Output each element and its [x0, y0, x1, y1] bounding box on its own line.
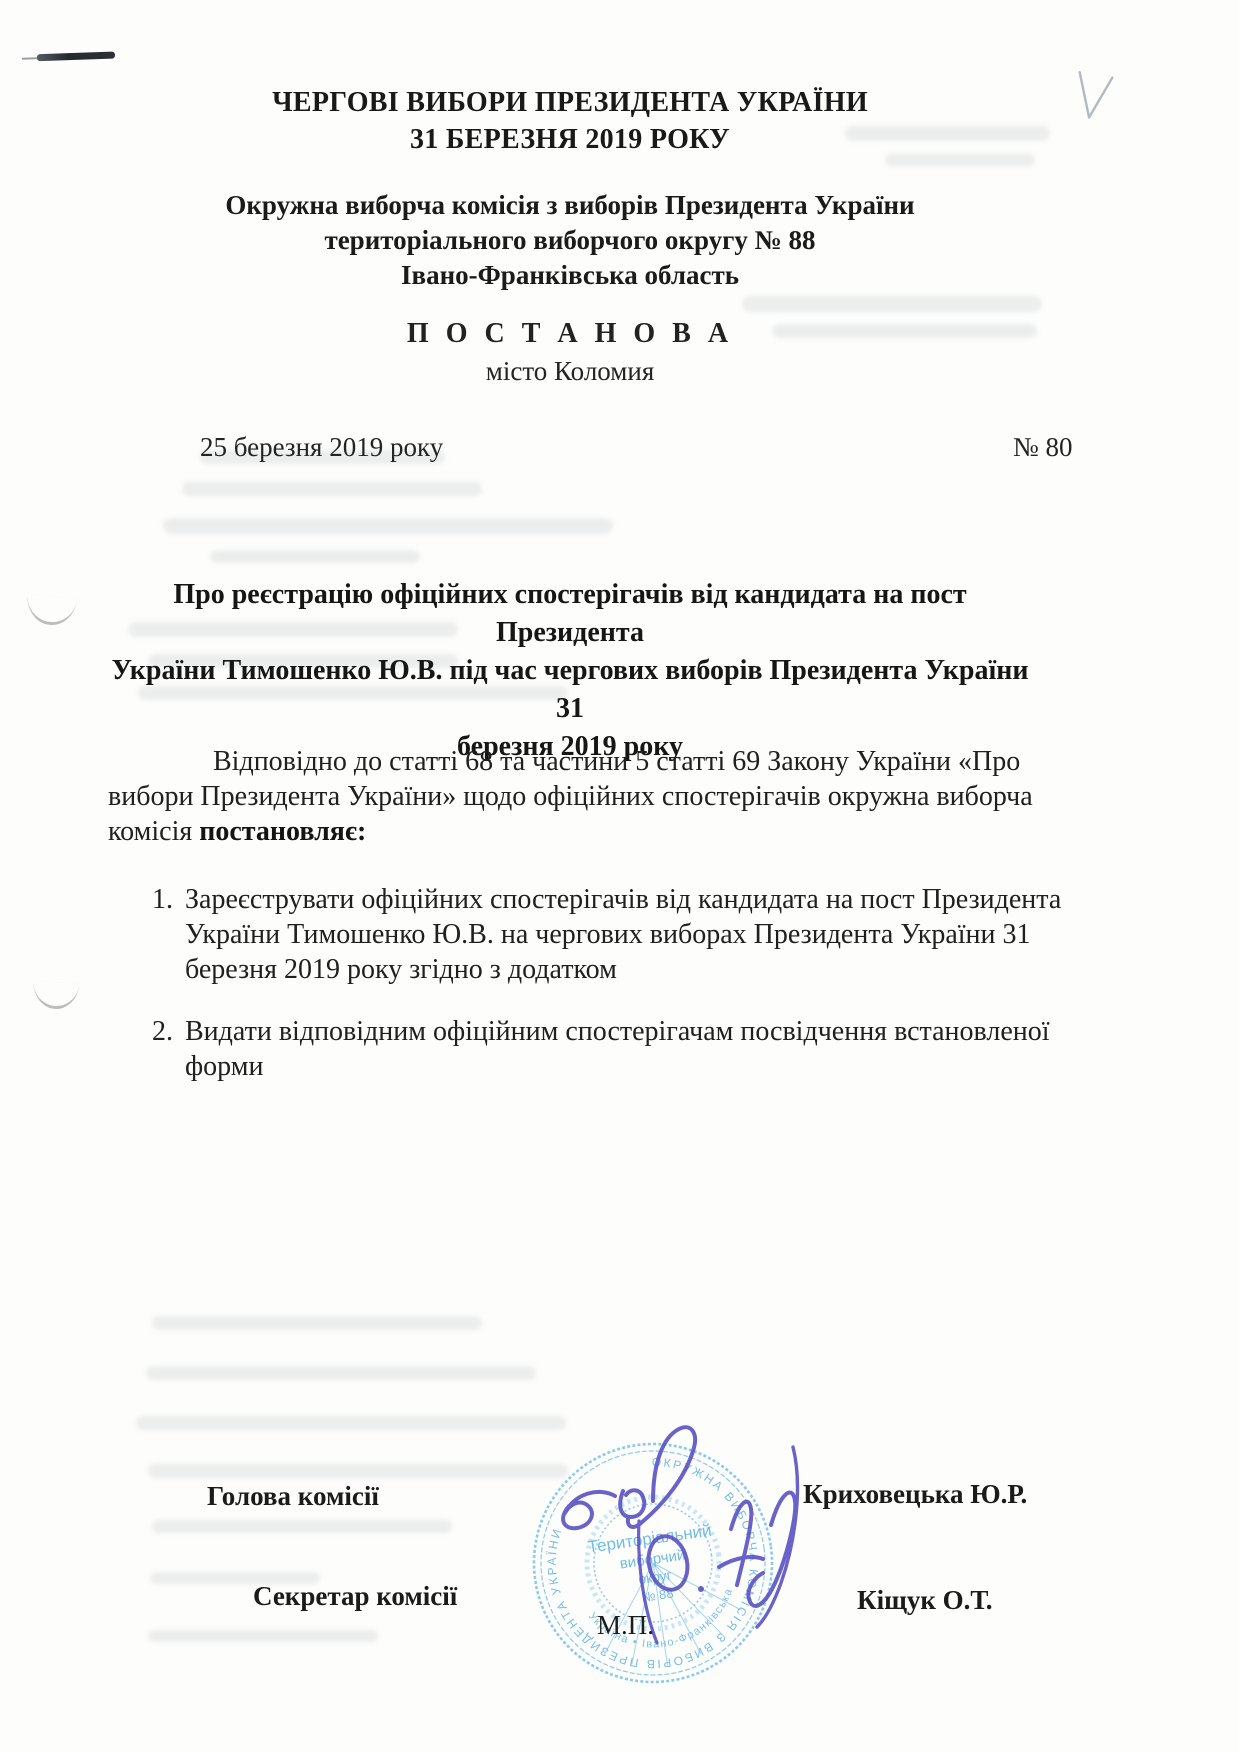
commission-line2: територіального виборчого округу № 88: [0, 223, 1140, 258]
head-name: Криховецька Ю.Р.: [803, 1479, 1027, 1510]
commission-heading: Окружна виборча комісія з виборів Презид…: [0, 188, 1140, 293]
document-page: ЧЕРГОВІ ВИБОРИ ПРЕЗИДЕНТА УКРАЇНИ 31 БЕР…: [0, 0, 1239, 1752]
bleed-artifact: [136, 1416, 566, 1430]
resolution-label: П О С Т А Н О В А: [0, 318, 1140, 350]
secretary-role-label: Секретар комісії: [253, 1581, 457, 1612]
document-number: № 80: [1013, 432, 1073, 463]
commission-line3: Івано-Франківська область: [0, 258, 1140, 293]
document-date: 25 березня 2019 року: [200, 432, 443, 463]
resolution-item-1: 1. Зареєструвати офіційних спостерігачів…: [152, 882, 1085, 987]
bleed-artifact: [152, 1316, 482, 1330]
bleed-artifact: [152, 1520, 452, 1533]
preamble-resolves-word: постановляє:: [199, 816, 366, 847]
bleed-artifact: [210, 550, 420, 563]
head-role-label: Голова комісії: [207, 1481, 379, 1512]
subject-line2: України Тимошенко Ю.В. під час чергових …: [105, 652, 1035, 728]
resolution-item-2: 2. Видати відповідним офіційним спостері…: [152, 1014, 1085, 1084]
signature-ink: [535, 1405, 835, 1665]
bleed-artifact: [146, 1366, 536, 1380]
subject-heading: Про реєстрацію офіційних спостерігачів в…: [105, 576, 1035, 766]
preamble-paragraph: Відповідно до статті 68 та частини 5 ста…: [108, 744, 1083, 849]
bleed-artifact: [148, 1464, 568, 1478]
scan-streak-bar: [37, 52, 115, 62]
bleed-artifact: [182, 482, 482, 496]
margin-curve-mark: [33, 981, 80, 1010]
election-title-line1: ЧЕРГОВІ ВИБОРИ ПРЕЗИДЕНТА УКРАЇНИ: [0, 84, 1140, 121]
election-title: ЧЕРГОВІ ВИБОРИ ПРЕЗИДЕНТА УКРАЇНИ 31 БЕР…: [0, 84, 1140, 158]
item-number: 1.: [152, 882, 173, 917]
item-text: Зареєструвати офіційних спостерігачів ві…: [152, 882, 1085, 987]
item-text: Видати відповідним офіційним спостерігач…: [152, 1014, 1085, 1084]
commission-line1: Окружна виборча комісія з виборів Презид…: [0, 188, 1140, 223]
item-number: 2.: [152, 1014, 173, 1049]
subject-line1: Про реєстрацію офіційних спостерігачів в…: [105, 576, 1035, 652]
election-title-line2: 31 БЕРЕЗНЯ 2019 РОКУ: [0, 121, 1140, 158]
seal-placeholder: М.П.: [597, 1610, 654, 1641]
secretary-name: Кіщук О.Т.: [857, 1585, 993, 1616]
bleed-artifact: [742, 296, 1042, 312]
margin-curve-mark: [25, 593, 78, 627]
city-line: місто Коломия: [0, 356, 1140, 387]
bleed-artifact: [148, 1630, 378, 1642]
scan-streak-artifact: [22, 50, 122, 63]
bleed-artifact: [163, 518, 613, 534]
checkmark-pen-mark: [1071, 64, 1120, 134]
